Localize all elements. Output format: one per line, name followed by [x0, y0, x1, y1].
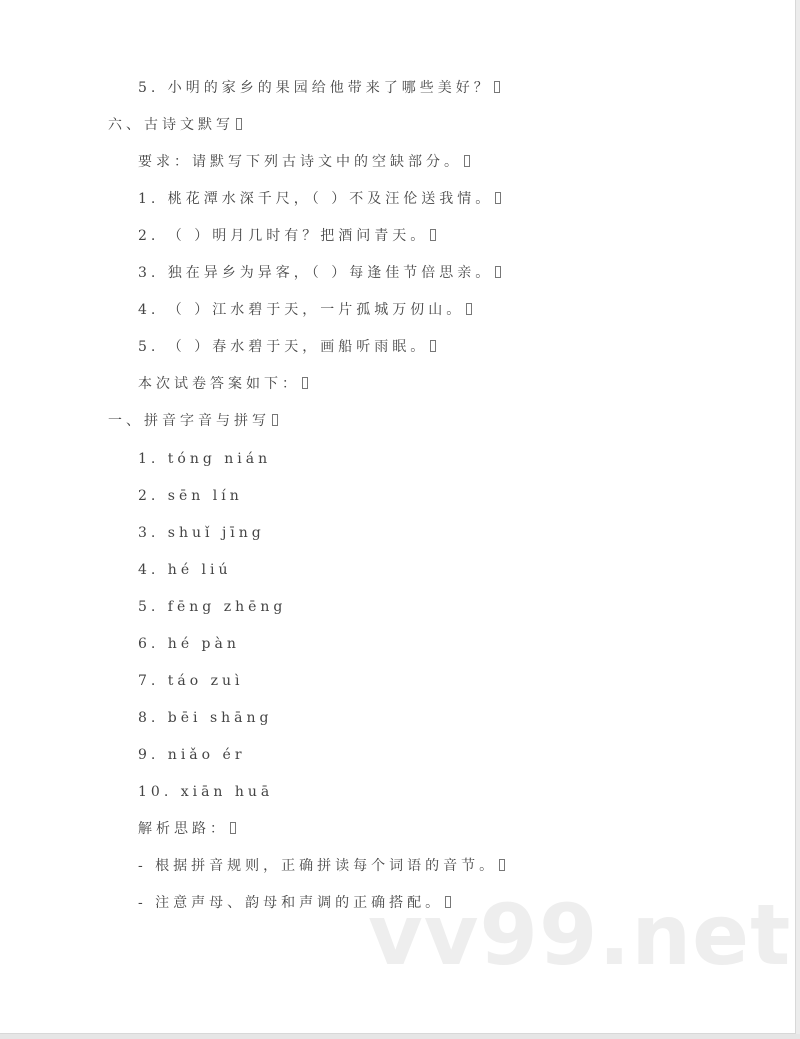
- section-heading: 六、古诗文默写: [108, 116, 242, 134]
- paragraph-mark-icon: [302, 377, 308, 389]
- line-text: 一、拼音字音与拼写: [108, 413, 270, 429]
- paragraph-mark-icon: [430, 340, 436, 352]
- paragraph-mark-icon: [499, 859, 505, 871]
- watermark: vv99.net: [368, 890, 791, 980]
- line-text: 5. fēng zhēng: [138, 599, 286, 615]
- line-text: 六、古诗文默写: [108, 117, 234, 133]
- paragraph-mark-icon: [494, 81, 500, 93]
- section-heading: 一、拼音字音与拼写: [108, 412, 278, 430]
- paragraph-line: 6. hé pàn: [138, 635, 240, 653]
- line-text: 本次试卷答案如下：: [138, 376, 300, 392]
- paragraph-line: 本次试卷答案如下：: [138, 375, 308, 393]
- paragraph-line: 10. xiān huā: [138, 783, 273, 801]
- paragraph-line: 解析思路：: [138, 820, 236, 838]
- paragraph-mark-icon: [466, 303, 472, 315]
- paragraph-mark-icon: [430, 229, 436, 241]
- document-page: 5. 小明的家乡的果园给他带来了哪些美好？六、古诗文默写要求：请默写下列古诗文中…: [0, 0, 796, 1034]
- line-text: 3. 独在异乡为异客，（ ）每逢佳节倍思亲。: [138, 265, 493, 281]
- line-text: 2. （ ）明月几时有？把酒问青天。: [138, 228, 428, 244]
- paragraph-line: 2. （ ）明月几时有？把酒问青天。: [138, 227, 436, 245]
- line-text: 1. 桃花潭水深千尺，（ ）不及汪伦送我情。: [138, 191, 493, 207]
- paragraph-line: 5. fēng zhēng: [138, 598, 286, 616]
- line-text: 5. （ ）春水碧于天，画船听雨眠。: [138, 339, 428, 355]
- paragraph-mark-icon: [236, 118, 242, 130]
- paragraph-line: 9. niǎo ér: [138, 746, 246, 764]
- paragraph-line: 1. 桃花潭水深千尺，（ ）不及汪伦送我情。: [138, 190, 501, 208]
- paragraph-line: - 根据拼音规则，正确拼读每个词语的音节。: [138, 857, 505, 875]
- line-text: 8. bēi shāng: [138, 710, 273, 726]
- paragraph-line: 1. tóng nián: [138, 450, 271, 468]
- paragraph-line: 要求：请默写下列古诗文中的空缺部分。: [138, 153, 470, 171]
- line-text: 4. （ ）江水碧于天，一片孤城万仞山。: [138, 302, 464, 318]
- line-text: 解析思路：: [138, 821, 228, 837]
- line-text: 1. tóng nián: [138, 451, 271, 467]
- line-text: 3. shuǐ jīng: [138, 525, 265, 541]
- paragraph-line: 5. 小明的家乡的果园给他带来了哪些美好？: [138, 79, 500, 97]
- paragraph-line: 8. bēi shāng: [138, 709, 273, 727]
- line-text: 要求：请默写下列古诗文中的空缺部分。: [138, 154, 462, 170]
- paragraph-line: 4. （ ）江水碧于天，一片孤城万仞山。: [138, 301, 472, 319]
- paragraph-mark-icon: [272, 414, 278, 426]
- paragraph-line: 3. shuǐ jīng: [138, 524, 265, 542]
- line-text: 4. hé liú: [138, 562, 232, 578]
- line-text: 10. xiān huā: [138, 784, 273, 800]
- paragraph-mark-icon: [495, 266, 501, 278]
- line-text: 2. sēn lín: [138, 488, 243, 504]
- line-text: 7. táo zuì: [138, 673, 244, 689]
- paragraph-line: 4. hé liú: [138, 561, 232, 579]
- paragraph-line: 2. sēn lín: [138, 487, 243, 505]
- paragraph-line: 3. 独在异乡为异客，（ ）每逢佳节倍思亲。: [138, 264, 501, 282]
- line-text: - 根据拼音规则，正确拼读每个词语的音节。: [138, 858, 497, 874]
- paragraph-mark-icon: [230, 822, 236, 834]
- paragraph-line: 5. （ ）春水碧于天，画船听雨眠。: [138, 338, 436, 356]
- line-text: 9. niǎo ér: [138, 747, 246, 763]
- line-text: 5. 小明的家乡的果园给他带来了哪些美好？: [138, 80, 492, 96]
- paragraph-mark-icon: [464, 155, 470, 167]
- paragraph-line: 7. táo zuì: [138, 672, 244, 690]
- viewer-bottom-edge: [0, 1034, 800, 1039]
- paragraph-mark-icon: [495, 192, 501, 204]
- line-text: 6. hé pàn: [138, 636, 240, 652]
